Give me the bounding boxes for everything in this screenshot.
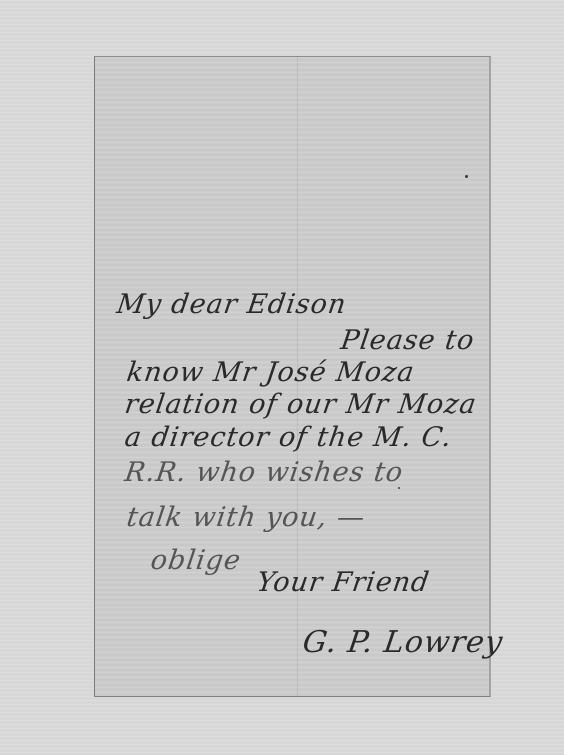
body-line: oblige [149, 545, 243, 576]
salutation-line: My dear Edison [115, 289, 349, 320]
body-line: Please to [339, 325, 477, 356]
signature: G. P. Lowrey [301, 625, 506, 660]
body-line: a director of the M. C. [123, 422, 454, 453]
closing-line: Your Friend [255, 567, 432, 598]
letter-paper: My dear Edison Please to know Mr José Mo… [94, 56, 491, 697]
body-line: R.R. who wishes to [123, 457, 406, 488]
ink-speck [465, 175, 468, 178]
body-line: relation of our Mr Moza [123, 389, 479, 420]
body-line: know Mr José Moza [125, 357, 417, 388]
body-line: talk with you, — [125, 502, 368, 533]
